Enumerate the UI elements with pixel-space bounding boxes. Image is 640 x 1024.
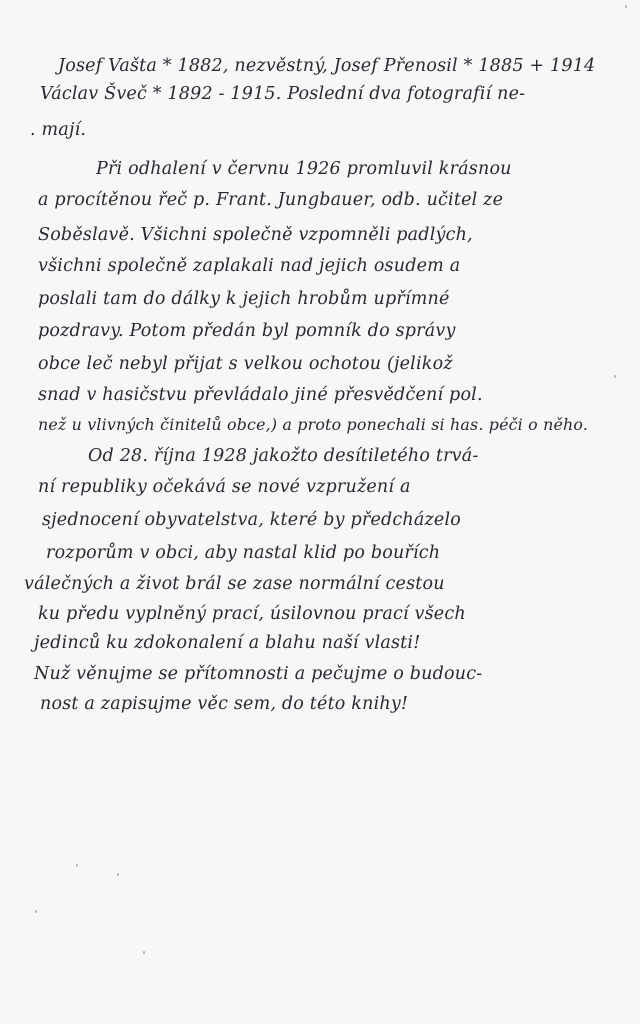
text-line: snad v hasičstvu převládalo jiné přesvěd… — [38, 385, 483, 405]
text-line: sjednocení obyvatelstva, které by předch… — [42, 510, 461, 530]
text-line: poslali tam do dálky k jejich hrobům upř… — [38, 289, 450, 309]
paper-speck — [35, 910, 37, 913]
text-line: rozporům v obci, aby nastal klid po bouř… — [46, 543, 440, 563]
text-line: ku předu vyplněný prací, úsilovnou prací… — [38, 604, 466, 624]
text-line: . mají. — [30, 120, 86, 140]
paper-speck — [117, 873, 119, 876]
paper-speck — [614, 375, 616, 378]
text-line: a procítěnou řeč p. Frant. Jungbauer, od… — [38, 190, 503, 210]
text-line: než u vlivných činitelů obce,) a proto p… — [38, 415, 588, 434]
paper-speck — [143, 951, 145, 954]
handwritten-page: Josef Vašta * 1882, nezvěstný, Josef Pře… — [0, 0, 640, 1024]
text-line: ní republiky očekává se nové vzpružení a — [38, 477, 411, 497]
text-line: nost a zapisujme věc sem, do této knihy! — [40, 694, 408, 714]
paper-speck — [76, 864, 78, 867]
text-line: válečných a život brál se zase normální … — [24, 574, 445, 594]
text-line: Václav Šveč * 1892 - 1915. Poslední dva … — [40, 84, 525, 104]
text-line: Josef Vašta * 1882, nezvěstný, Josef Pře… — [58, 56, 595, 76]
text-line: všichni společně zaplakali nad jejich os… — [38, 256, 460, 276]
paper-speck — [625, 5, 627, 8]
text-line: Od 28. října 1928 jakožto desítiletého t… — [88, 446, 479, 466]
text-line: pozdravy. Potom předán byl pomník do spr… — [38, 321, 456, 341]
text-line: Nuž věnujme se přítomnosti a pečujme o b… — [34, 664, 482, 684]
text-line: jedinců ku zdokonalení a blahu naší vlas… — [34, 633, 420, 653]
text-line: Při odhalení v červnu 1926 promluvil krá… — [96, 159, 512, 179]
text-line: obce leč nebyl přijat s velkou ochotou (… — [38, 354, 453, 374]
text-line: Soběslavě. Všichni společně vzpomněli pa… — [38, 225, 473, 245]
